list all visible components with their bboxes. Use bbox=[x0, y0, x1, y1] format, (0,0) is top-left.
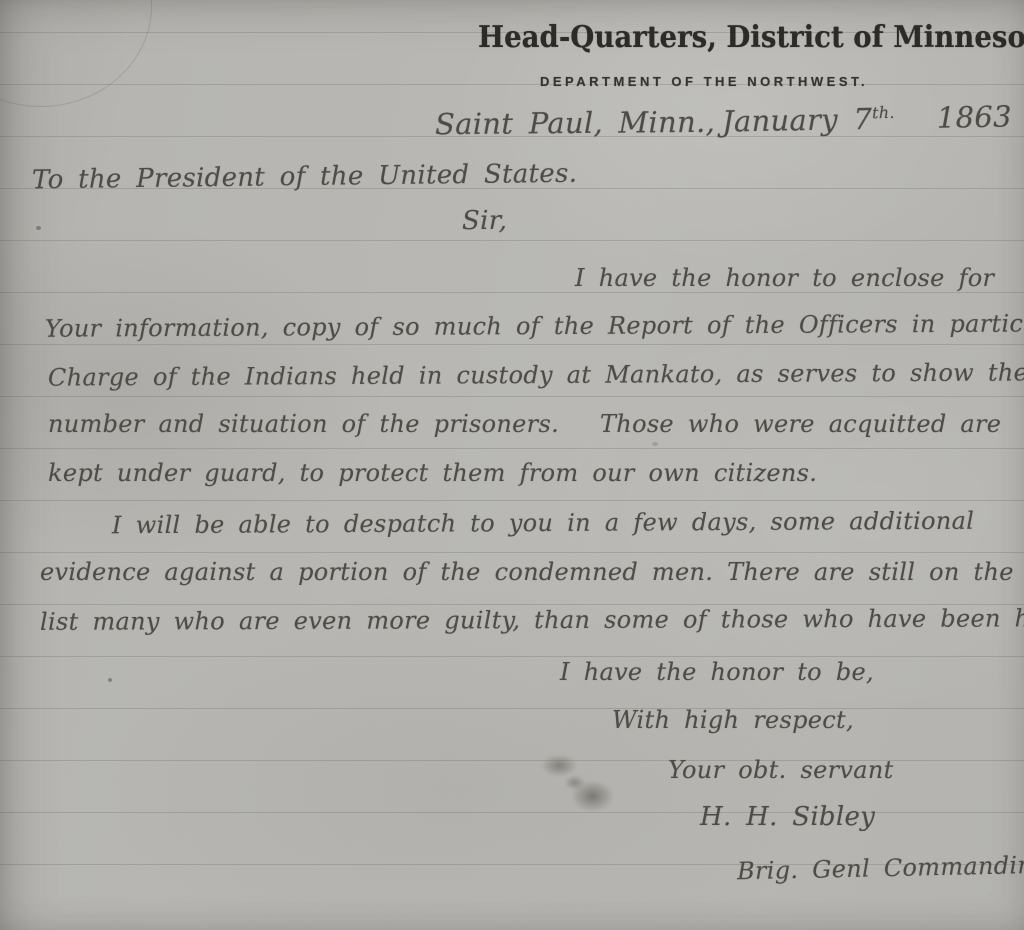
date-ordinal: th. bbox=[872, 103, 895, 122]
signature: H. H. Sibley bbox=[700, 802, 875, 832]
body-line-6: I will be able to despatch to you in a f… bbox=[112, 507, 974, 540]
ink-speck bbox=[36, 226, 41, 230]
body-line-5: kept under guard, to protect them from o… bbox=[48, 459, 817, 487]
body-line-4a: number and situation of the prisoners. bbox=[48, 410, 559, 438]
body-line-4b: Those who were acquitted are bbox=[600, 410, 1001, 438]
body-line-7: evidence against a portion of the condem… bbox=[40, 558, 1014, 586]
date-day: January 7 bbox=[722, 102, 873, 139]
closing-line-3: Your obt. servant bbox=[668, 756, 894, 784]
ink-speck bbox=[652, 442, 658, 446]
ink-smudge bbox=[528, 752, 632, 820]
letter-page: Head-Quarters, District of Minnesota, DE… bbox=[0, 0, 1024, 930]
closing-line-1: I have the honor to be, bbox=[560, 658, 874, 686]
ink-speck bbox=[108, 678, 112, 682]
letterhead-department: DEPARTMENT OF THE NORTHWEST. bbox=[540, 74, 868, 89]
dateline-date: January 7th.1863 bbox=[722, 99, 1012, 138]
crease-mark bbox=[0, 0, 152, 107]
date-year: 1863 bbox=[937, 99, 1013, 134]
dateline-place: Saint Paul, Minn., bbox=[435, 105, 715, 141]
body-line-8: list many who are even more guilty, than… bbox=[40, 604, 1024, 636]
body-line-2: Your information, copy of so much of the… bbox=[45, 309, 1024, 342]
letterhead-title: Head-Quarters, District of Minnesota, bbox=[478, 20, 1024, 55]
body-line-3: Charge of the Indians held in custody at… bbox=[48, 358, 1024, 391]
body-line-1: I have the honor to enclose for bbox=[575, 264, 994, 292]
signature-title: Brig. Genl Commanding bbox=[737, 851, 1024, 886]
salutation: Sir, bbox=[462, 206, 507, 236]
closing-line-2: With high respect, bbox=[612, 706, 854, 734]
recipient-line: To the President of the United States. bbox=[32, 159, 578, 196]
